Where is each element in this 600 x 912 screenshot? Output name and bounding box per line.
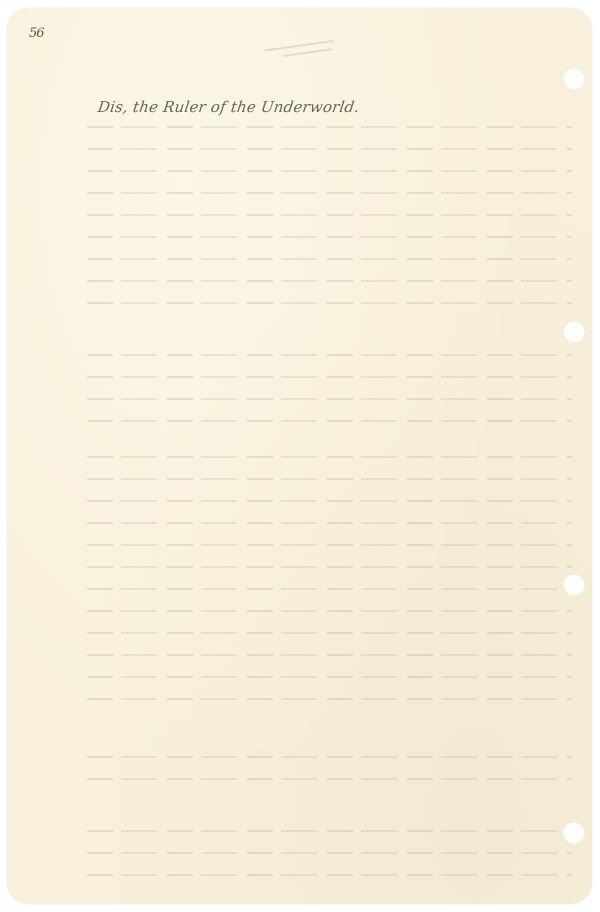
punch-hole [563,68,585,90]
faint-pencil-note [264,39,346,72]
page-heading: Dis, the Ruler of the Underworld. [97,98,361,116]
punch-hole [563,321,585,343]
bleed-through-paragraph-3 [87,456,572,720]
punch-hole [563,822,585,844]
bleed-through-paragraph-4 [87,756,572,800]
page-number: 56 [29,26,44,41]
bleed-through-paragraph-5 [87,830,572,896]
bleed-through-paragraph-2 [87,354,572,442]
notebook-page: 56 Dis, the Ruler of the Underworld. [7,8,592,904]
punch-hole [563,574,585,596]
bleed-through-paragraph-1 [87,126,572,324]
